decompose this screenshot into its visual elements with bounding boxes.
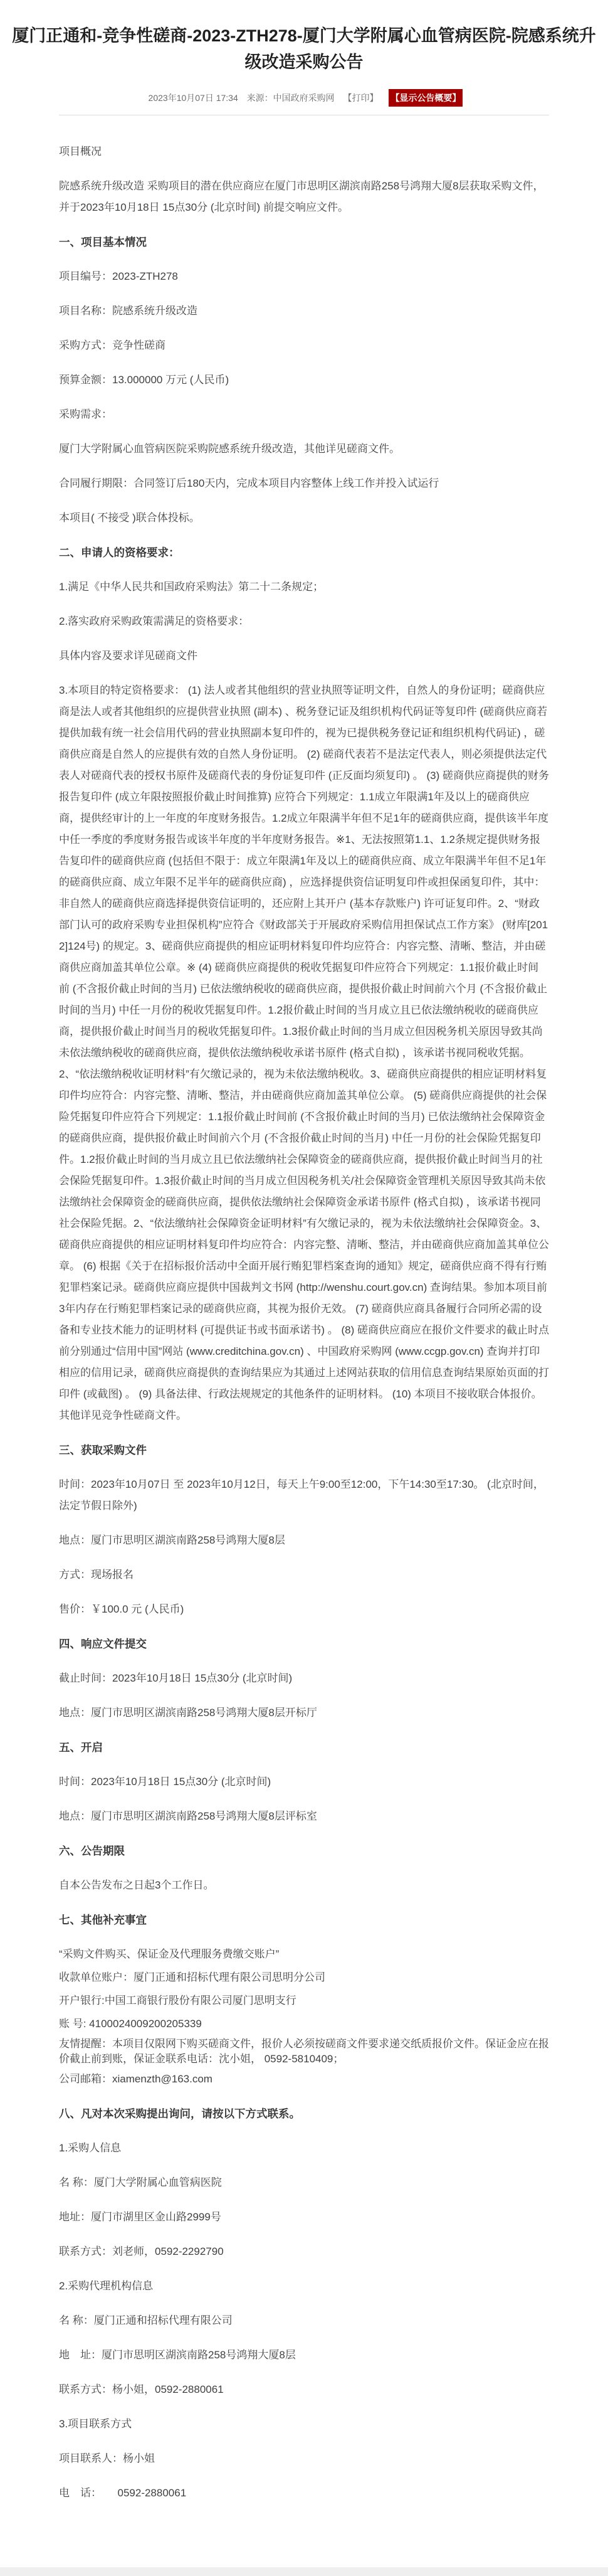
- section-6-heading: 六、公告期限: [59, 1840, 549, 1862]
- field-requirement-label: 采购需求：: [59, 404, 549, 425]
- announcement-page: 厦门正通和-竞争性磋商-2023-ZTH278-厦门大学附属心血管病医院-院感系…: [0, 23, 608, 2576]
- article-container: 项目概况 院感系统升级改造 采购项目的潜在供应商应在厦门市思明区湖滨南路258号…: [59, 115, 549, 2535]
- footer-bar: [0, 2567, 608, 2576]
- project-contact-name: 项目联系人：杨小姐: [59, 2448, 549, 2469]
- opening-time: 时间：2023年10月18日 15点30分 (北京时间): [59, 1771, 549, 1793]
- payee-account: 收款单位账户：厦门正通和招标代理有限公司思明分公司: [59, 1967, 549, 1988]
- company-email: 公司邮箱：xiamenzth@163.com: [59, 2069, 549, 2090]
- section-3-heading: 三、获取采购文件: [59, 1439, 549, 1461]
- payment-account-title: “采购文件购买、保证金及代理服务费缴交账户”: [59, 1944, 549, 1965]
- qualification-2: 2.落实政府采购政策需满足的资格要求：: [59, 611, 549, 632]
- response-location: 地点：厦门市思明区湖滨南路258号鸿翔大厦8层开标厅: [59, 1702, 549, 1724]
- field-project-number: 项目编号：2023-ZTH278: [59, 266, 549, 287]
- buyer-name: 名 称：厦门大学附属心血管病医院: [59, 2172, 549, 2193]
- section-2-heading: 二、申请人的资格要求：: [59, 542, 549, 563]
- section-5-heading: 五、开启: [59, 1737, 549, 1758]
- overview-text: 院感系统升级改造 采购项目的潜在供应商应在厦门市思明区湖滨南路258号鸿翔大厦8…: [59, 176, 549, 218]
- show-summary-button[interactable]: 【显示公告概要】: [389, 89, 463, 107]
- doc-acquire-time: 时间：2023年10月07日 至 2023年10月12日，每天上午9:00至12…: [59, 1474, 549, 1517]
- response-deadline: 截止时间：2023年10月18日 15点30分 (北京时间): [59, 1668, 549, 1689]
- meta-bar: 2023年10月07日 17:34 来源：中国政府采购网 【打印】 【显示公告概…: [0, 89, 608, 107]
- account-number: 账 号: 4100024009200205339: [59, 2013, 549, 2035]
- qualification-3-detail: 3.本项目的特定资格要求： (1) 法人或者其他组织的营业执照等证明文件，自然人…: [59, 680, 549, 1426]
- field-project-name: 项目名称：院感系统升级改造: [59, 300, 549, 322]
- field-procurement-method: 采购方式：竞争性磋商: [59, 335, 549, 356]
- publish-date: 2023年10月07日 17:34: [149, 93, 238, 103]
- agency-info-label: 2.采购代理机构信息: [59, 2276, 549, 2297]
- project-contact-phone: 电 话： 0592-2880061: [59, 2483, 549, 2504]
- contract-period: 合同履行期限：合同签订后180天内，完成本项目内容整体上线工作并投入试运行: [59, 473, 549, 494]
- page-title: 厦门正通和-竞争性磋商-2023-ZTH278-厦门大学附属心血管病医院-院感系…: [5, 23, 603, 75]
- buyer-info-label: 1.采购人信息: [59, 2138, 549, 2159]
- section-7-heading: 七、其他补充事宜: [59, 1909, 549, 1931]
- opening-location: 地点：厦门市思明区湖滨南路258号鸿翔大厦8层评标室: [59, 1806, 549, 1827]
- qualification-2-detail: 具体内容及要求详见磋商文件: [59, 645, 549, 667]
- field-budget: 预算金额：13.000000 万元 (人民币): [59, 369, 549, 391]
- agency-address: 地 址：厦门市思明区湖滨南路258号鸿翔大厦8层: [59, 2345, 549, 2366]
- section-1-heading: 一、项目基本情况: [59, 231, 549, 253]
- bank-name: 开户银行:中国工商银行股份有限公司厦门思明支行: [59, 1990, 549, 2012]
- section-4-heading: 四、响应文件提交: [59, 1633, 549, 1655]
- agency-contact: 联系方式：杨小姐，0592-2880061: [59, 2379, 549, 2400]
- doc-price: 售价：￥100.0 元 (人民币): [59, 1599, 549, 1620]
- doc-acquire-location: 地点：厦门市思明区湖滨南路258号鸿翔大厦8层: [59, 1530, 549, 1551]
- section-8-heading: 八、凡对本次采购提出询问，请按以下方式联系。: [59, 2103, 549, 2124]
- friendly-reminder: 友情提醒：本项目仅限网下购买磋商文件，报价人必须按磋商文件要求递交纸质报价文件。…: [59, 2037, 549, 2067]
- requirement-text: 厦门大学附属心血管病医院采购院感系统升级改造，其他详见磋商文件。: [59, 438, 549, 460]
- announcement-content: 项目概况 院感系统升级改造 采购项目的潜在供应商应在厦门市思明区湖滨南路258号…: [59, 115, 549, 2535]
- buyer-address: 地址：厦门市湖里区金山路2999号: [59, 2207, 549, 2228]
- buyer-contact: 联系方式：刘老师，0592-2292790: [59, 2241, 549, 2262]
- consortium-note: 本项目( 不接受 )联合体投标。: [59, 507, 549, 529]
- source-label: 来源：中国政府采购网: [247, 93, 335, 103]
- announcement-period: 自本公告发布之日起3个工作日。: [59, 1875, 549, 1896]
- overview-label: 项目概况: [59, 141, 549, 162]
- agency-name: 名 称：厦门正通和招标代理有限公司: [59, 2310, 549, 2331]
- project-contact-label: 3.项目联系方式: [59, 2414, 549, 2435]
- doc-acquire-method: 方式：现场报名: [59, 1564, 549, 1586]
- qualification-1: 1.满足《中华人民共和国政府采购法》第二十二条规定；: [59, 576, 549, 598]
- print-button[interactable]: 【打印】: [343, 93, 379, 103]
